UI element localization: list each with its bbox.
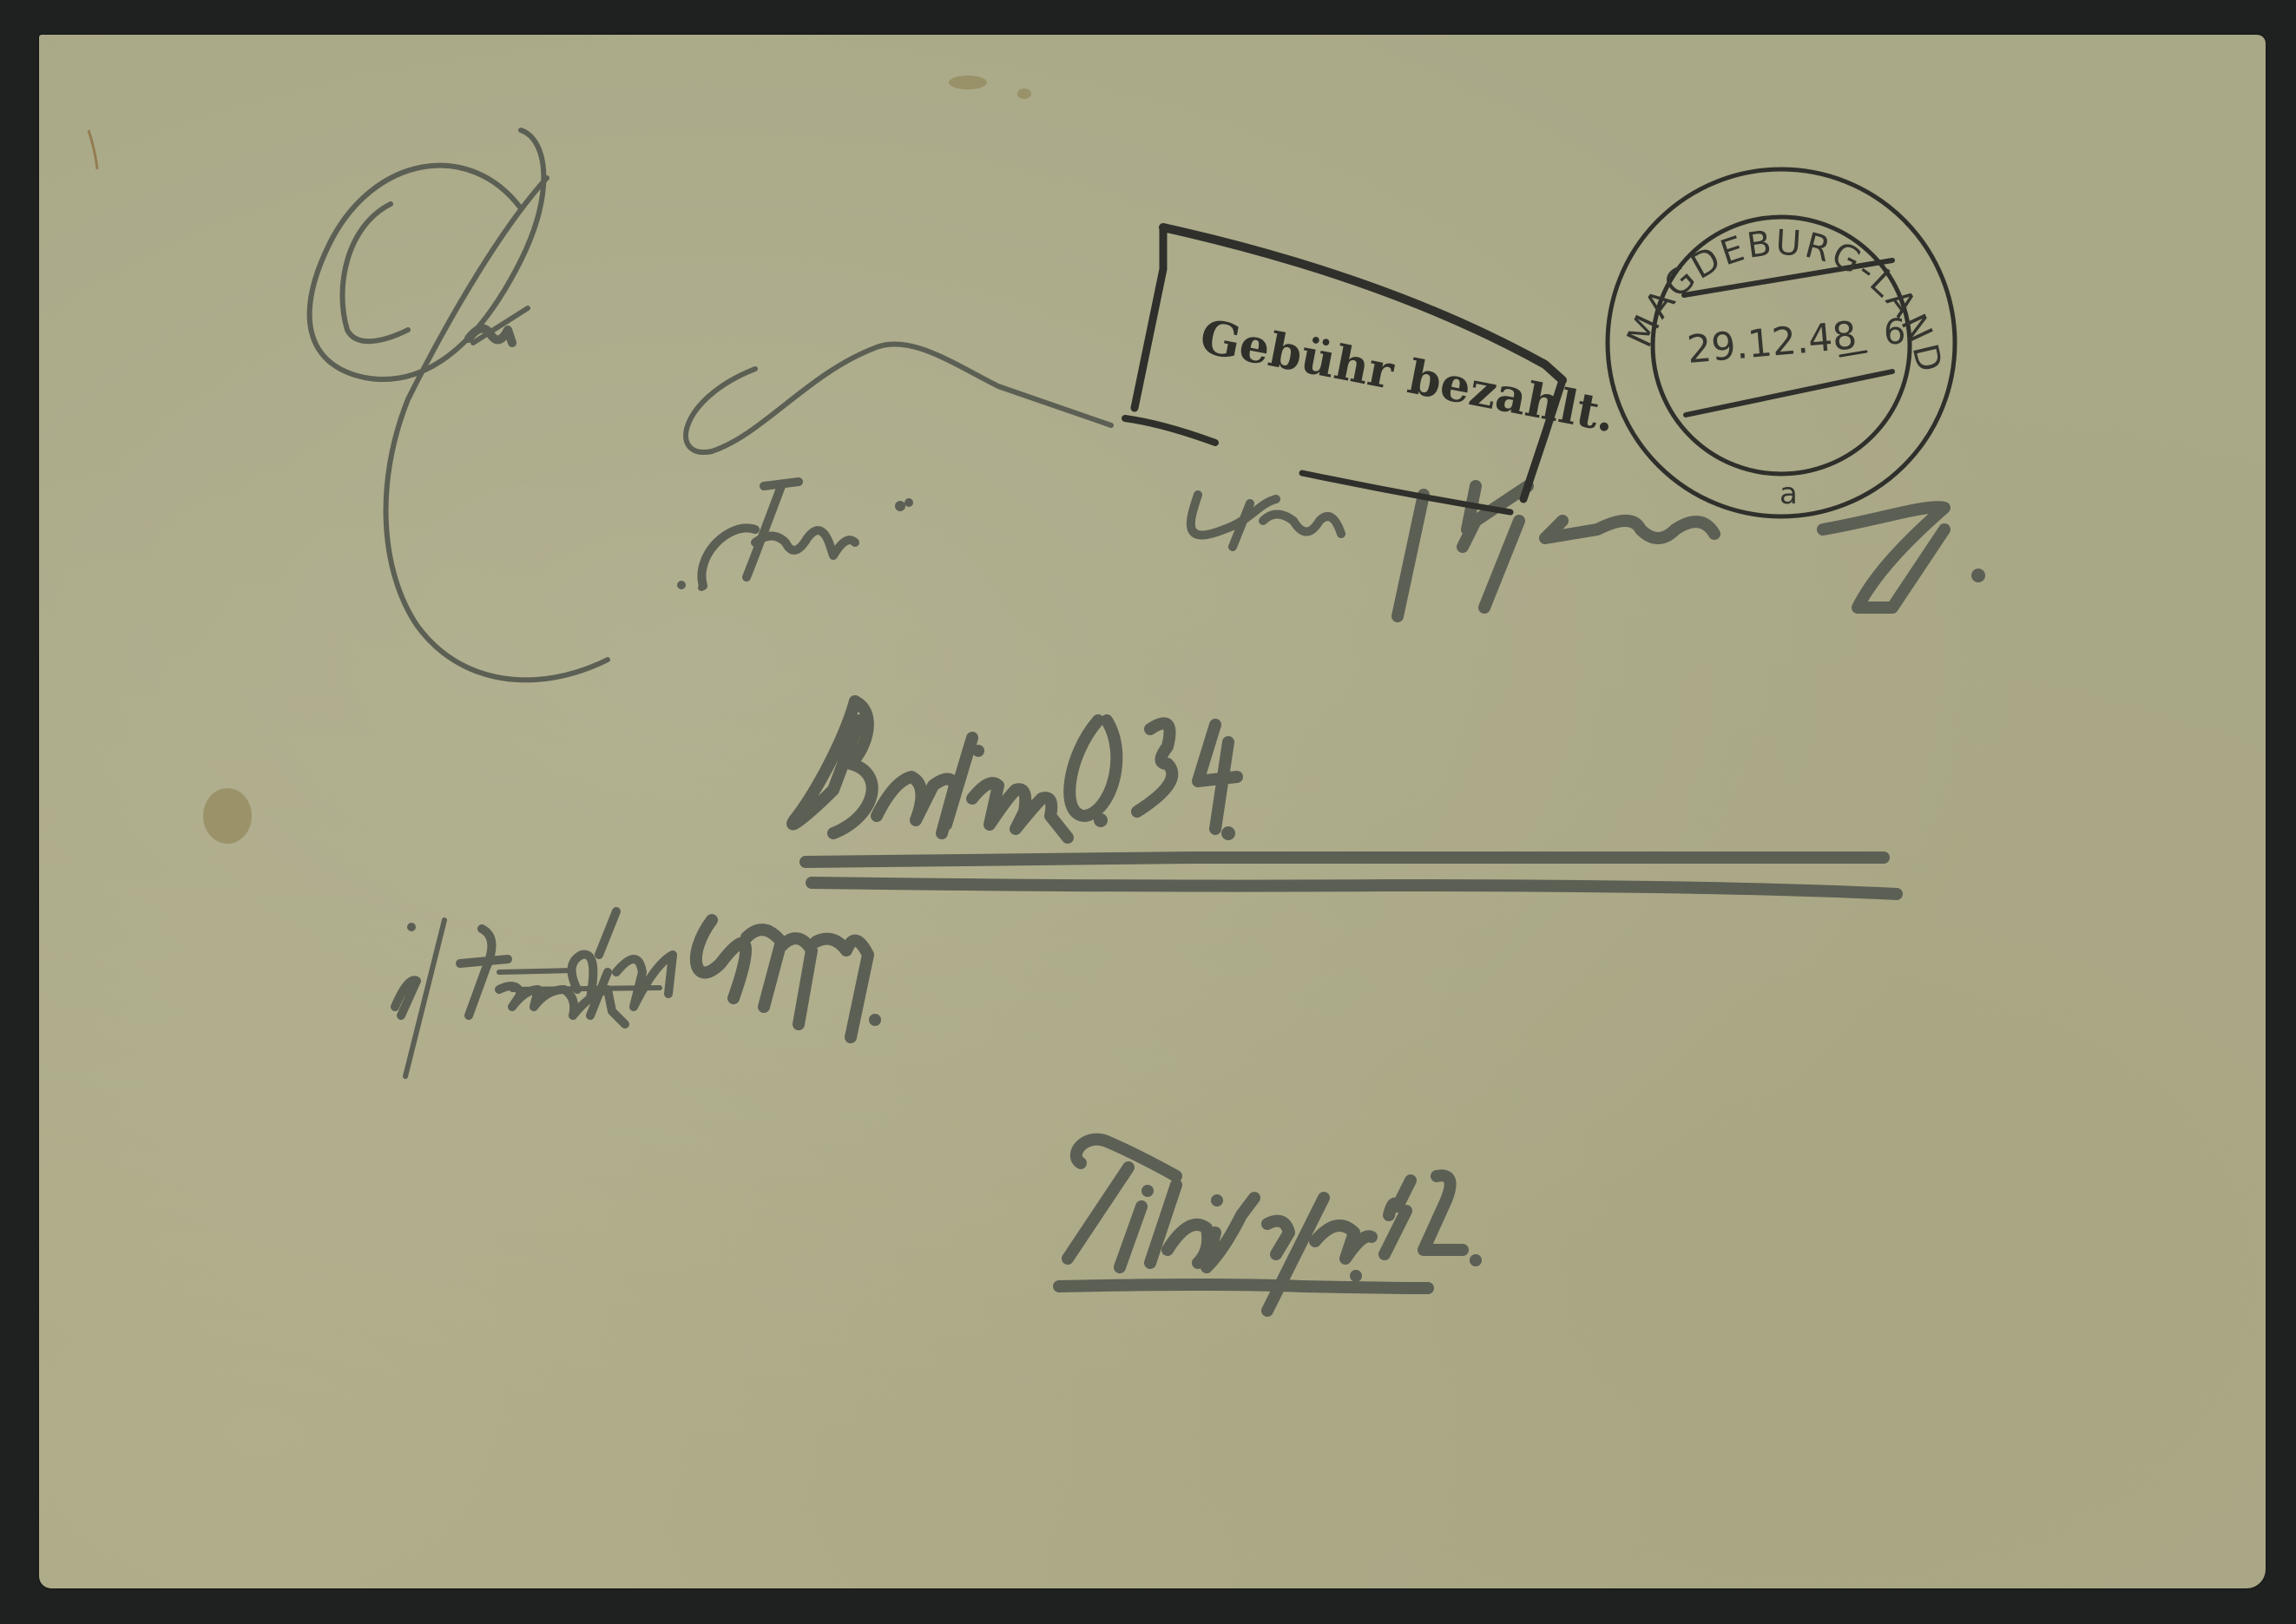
postmark-date: 29.12.48 (1686, 313, 1859, 372)
postmark-time: 6 (1884, 312, 1905, 352)
fee-paid-stamp: Gebühr bezahlt. (1125, 227, 1620, 512)
salutation-an (310, 130, 608, 680)
postmark: MAGDEBURG-LAND 29.12.48 6 a (1608, 169, 1955, 516)
street-line (1059, 1140, 1482, 1311)
envelope-markings: Gebühr bezahlt. MAGDEBURG-LAND 29.12.48 … (0, 0, 2296, 1624)
postmark-office-letter: a (1780, 477, 1798, 511)
city-line (793, 701, 1897, 894)
fee-paid-text: Gebühr bezahlt. (1196, 308, 1621, 443)
paper-stains (89, 76, 1031, 844)
firm-line (395, 911, 881, 1076)
